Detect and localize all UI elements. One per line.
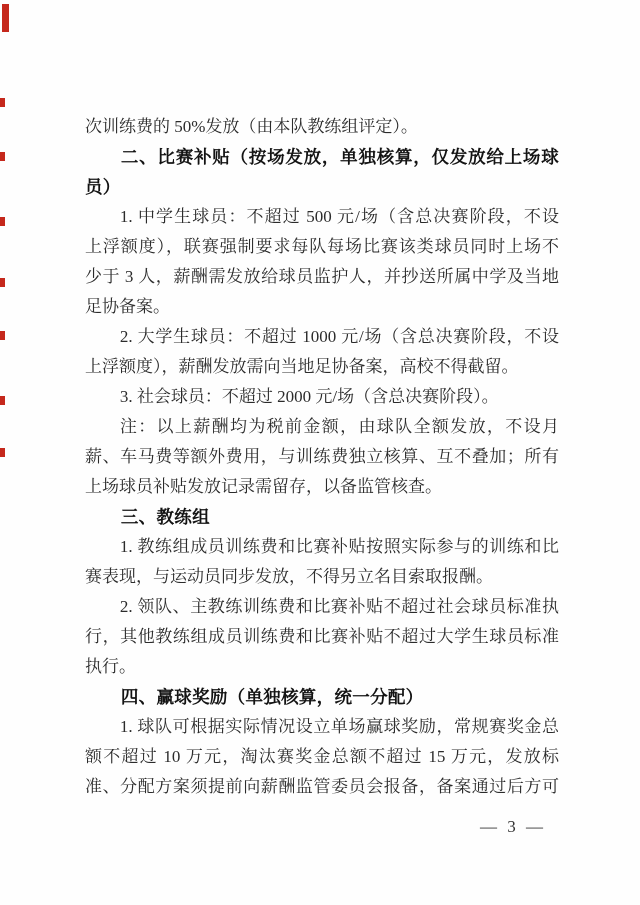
text-line: 准、分配方案须提前向薪酬监管委员会报备，备案通过后方可 [85,772,559,802]
scan-mark [0,331,5,340]
text-line: 2. 领队、主教练训练费和比赛补贴不超过社会球员标准执 [85,592,559,622]
text-line: 1. 教练组成员训练费和比赛补贴按照实际参与的训练和比 [85,532,559,562]
text-line: 3. 社会球员：不超过 2000 元/场（含总决赛阶段）。 [85,382,559,412]
text-line: 行，其他教练组成员训练费和比赛补贴不超过大学生球员标准 [85,622,559,652]
scan-mark [2,4,9,32]
heading-line: 二、比赛补贴（按场发放，单独核算，仅发放给上场球 [85,142,559,172]
text-line: 1. 中学生球员：不超过 500 元/场（含总决赛阶段，不设 [85,202,559,232]
heading-line: 三、教练组 [85,502,559,532]
text-line: 足协备案。 [85,292,559,322]
document-body: 次训练费的 50%发放（由本队教练组评定）。二、比赛补贴（按场发放，单独核算，仅… [85,112,559,802]
scan-mark [0,448,5,457]
scan-mark [0,396,5,405]
heading-line: 员） [85,172,559,202]
text-line: 注：以上薪酬均为税前金额，由球队全额发放，不设月 [85,412,559,442]
heading-line: 四、赢球奖励（单独核算，统一分配） [85,682,559,712]
page-number: — 3 — [480,817,546,837]
scan-mark [0,217,5,226]
text-line: 上浮额度），薪酬发放需向当地足协备案，高校不得截留。 [85,352,559,382]
scan-mark [0,152,5,161]
document-page: 次训练费的 50%发放（由本队教练组评定）。二、比赛补贴（按场发放，单独核算，仅… [0,0,640,905]
text-line: 薪、车马费等额外费用，与训练费独立核算、互不叠加；所有 [85,442,559,472]
text-line: 额不超过 10 万元，淘汰赛奖金总额不超过 15 万元，发放标 [85,742,559,772]
text-line: 执行。 [85,652,559,682]
text-line: 2. 大学生球员：不超过 1000 元/场（含总决赛阶段，不设 [85,322,559,352]
text-line: 上浮额度），联赛强制要求每队每场比赛该类球员同时上场不 [85,232,559,262]
scan-mark [0,278,5,287]
text-line: 赛表现，与运动员同步发放，不得另立名目索取报酬。 [85,562,559,592]
text-line: 少于 3 人，薪酬需发放给球员监护人，并抄送所属中学及当地 [85,262,559,292]
scan-mark [0,98,5,107]
text-line: 上场球员补贴发放记录需留存，以备监管核查。 [85,472,559,502]
text-line: 次训练费的 50%发放（由本队教练组评定）。 [85,112,559,142]
text-line: 1. 球队可根据实际情况设立单场赢球奖励，常规赛奖金总 [85,712,559,742]
